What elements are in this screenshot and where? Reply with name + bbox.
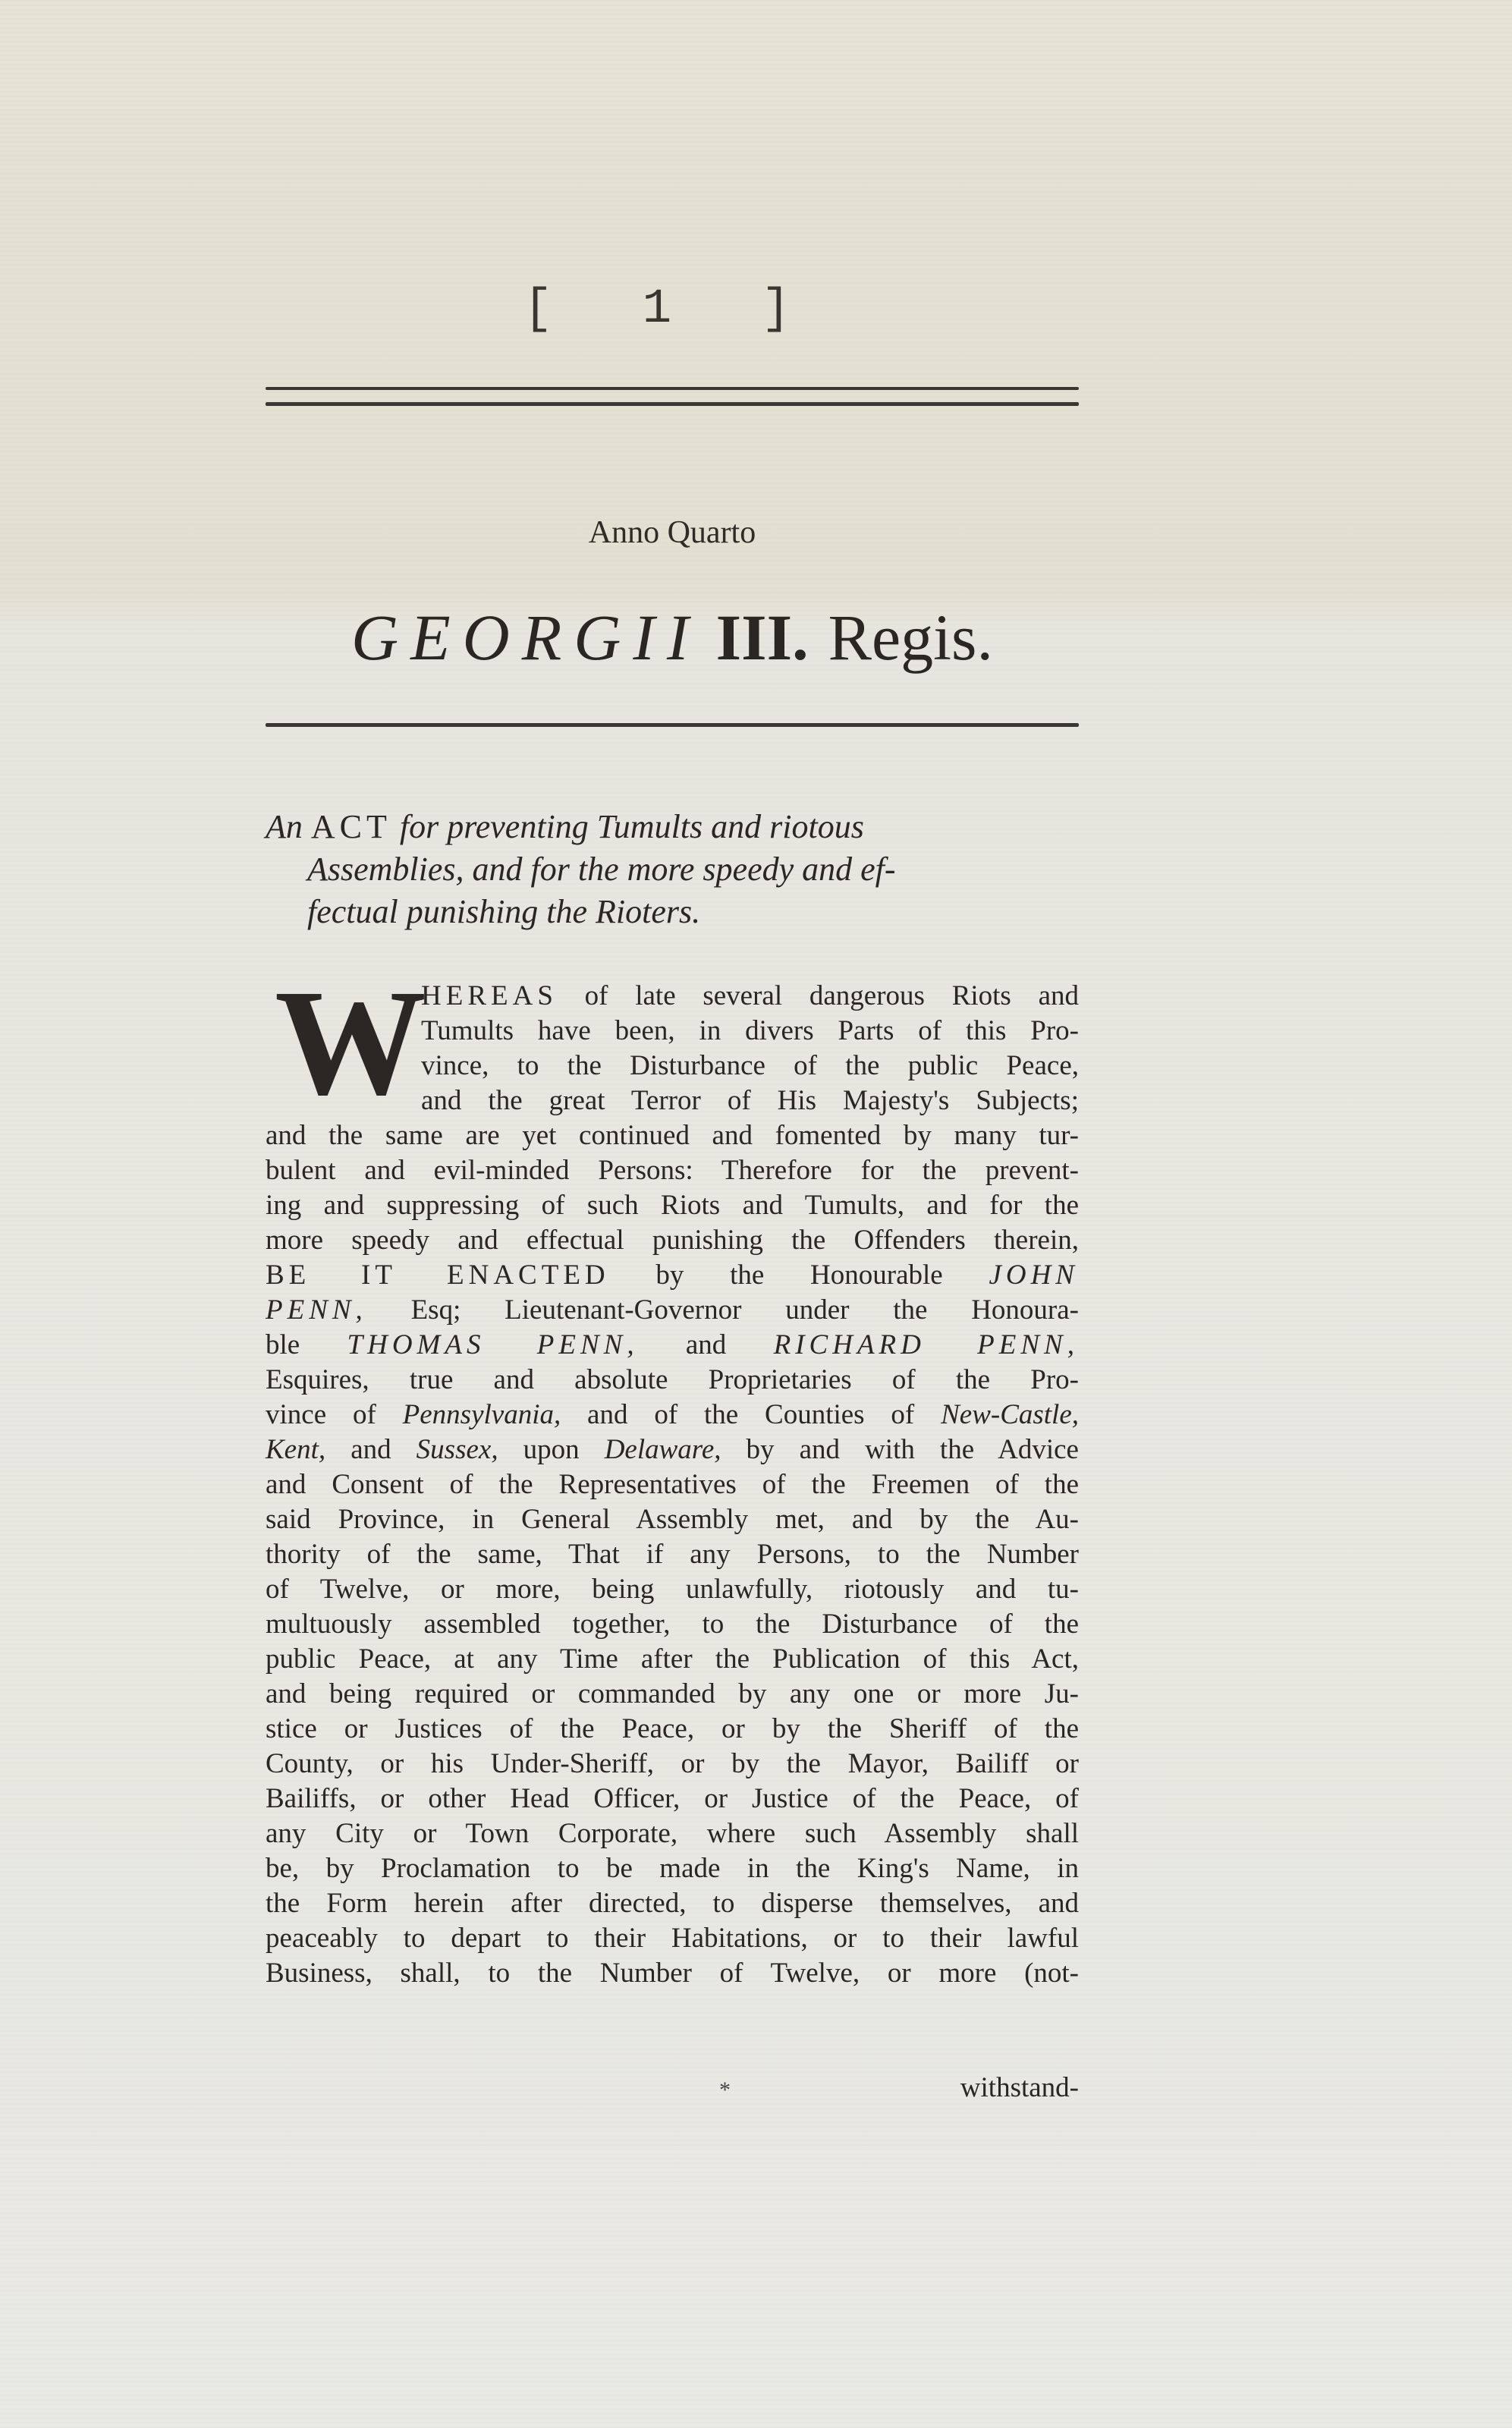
body-line: Esquires, true and absolute Proprietarie… <box>266 1363 1079 1398</box>
body-text-run: of late several dangerous Riots and <box>558 980 1079 1011</box>
body-text-run: Esquires, true and absolute Proprietarie… <box>266 1364 1079 1395</box>
act-title-line-2: Assemblies, and for the more speedy and … <box>266 848 1079 891</box>
body-text-run: ble <box>266 1329 347 1360</box>
body-line: Tumults have been, in divers Parts of th… <box>266 1014 1079 1049</box>
body-text-run: thority of the same, That if any Persons… <box>266 1539 1079 1570</box>
reign-heading: GEORGIIIII.Regis. <box>266 599 1079 675</box>
body-text-run: vince of <box>266 1399 403 1430</box>
body-text-run: Tumults have been, in divers Parts of th… <box>421 1015 1079 1046</box>
body-text-run: and <box>639 1329 774 1360</box>
body-text-run: and Consent of the Representatives of th… <box>266 1469 1079 1500</box>
body-text-run: BE IT ENACTED <box>266 1260 610 1291</box>
body-text-run: said Province, in General Assembly met, … <box>266 1504 1079 1535</box>
body-line: Business, shall, to the Number of Twelve… <box>266 1956 1079 1991</box>
body-text-run: public Peace, at any Time after the Publ… <box>266 1643 1079 1675</box>
body-text-run: multuously assembled together, to the Di… <box>266 1609 1079 1640</box>
body-line: and Consent of the Representatives of th… <box>266 1467 1079 1502</box>
body-line: thority of the same, That if any Persons… <box>266 1537 1079 1572</box>
body-text-run: stice or Justices of the Peace, or by th… <box>266 1713 1079 1744</box>
body-text-run: peaceably to depart to their Habitations… <box>266 1923 1079 1954</box>
act-title-act: ACT <box>311 808 391 845</box>
body-text-run: upon <box>498 1434 605 1465</box>
body-line: BE IT ENACTED by the Honourable JOHN <box>266 1258 1079 1293</box>
act-title-prefix: An <box>266 808 303 845</box>
regnal-year-label: Anno Quarto <box>266 514 1079 551</box>
body-text-run: bulent and evil-minded Persons: Therefor… <box>266 1155 1079 1186</box>
body-text-run: HEREAS <box>421 980 558 1011</box>
act-title-rest: for preventing Tumults and riotous <box>400 808 864 845</box>
body-text-run: vince, to the Disturbance of the public … <box>421 1050 1079 1081</box>
body-line: and the great Terror of His Majesty's Su… <box>266 1083 1079 1118</box>
body-line: and the same are yet continued and fomen… <box>266 1118 1079 1153</box>
act-title-line-3: fectual punishing the Rioters. <box>266 891 1079 933</box>
body-text-run: of Twelve, or more, being unlawfully, ri… <box>266 1574 1079 1605</box>
body-line: more speedy and effectual punishing the … <box>266 1223 1079 1258</box>
body-line: vince of Pennsylvania, and of the Counti… <box>266 1398 1079 1433</box>
body-line: PENN, Esq; Lieutenant-Governor under the… <box>266 1293 1079 1328</box>
act-body-text: HEREAS of late several dangerous Riots a… <box>266 979 1079 1991</box>
body-line: of Twelve, or more, being unlawfully, ri… <box>266 1572 1079 1607</box>
body-text-run: Sussex, <box>417 1434 498 1465</box>
body-text-run: Delaware, <box>605 1434 721 1465</box>
body-text-run: PENN, <box>266 1294 367 1326</box>
page-number: [ 1 ] <box>266 282 1079 337</box>
act-title: An ACT for preventing Tumults and riotou… <box>266 806 1079 933</box>
body-text-run: Bailiffs, or other Head Officer, or Just… <box>266 1783 1079 1814</box>
body-text-run: and of the Counties of <box>561 1399 941 1430</box>
body-line: multuously assembled together, to the Di… <box>266 1607 1079 1642</box>
double-rule-top <box>266 387 1079 390</box>
body-line: public Peace, at any Time after the Publ… <box>266 1642 1079 1677</box>
body-line: vince, to the Disturbance of the public … <box>266 1049 1079 1083</box>
body-text-run: and being required or commanded by any o… <box>266 1678 1079 1709</box>
body-text-run: the Form herein after directed, to dispe… <box>266 1888 1079 1919</box>
body-text-run: ing and suppressing of such Riots and Tu… <box>266 1190 1079 1221</box>
body-text-run: any City or Town Corporate, where such A… <box>266 1818 1079 1849</box>
body-text-run: Esq; Lieutenant-Governor under the Honou… <box>367 1294 1079 1326</box>
body-line: peaceably to depart to their Habitations… <box>266 1921 1079 1956</box>
body-text-run: Pennsylvania, <box>403 1399 561 1430</box>
body-text-run: THOMAS PENN, <box>347 1329 639 1360</box>
reign-numeral: III. <box>716 601 809 674</box>
body-text-run: RICHARD PENN, <box>774 1329 1079 1360</box>
body-text-run: County, or his Under-Sheriff, or by the … <box>266 1748 1079 1779</box>
body-text-run: and the great Terror of His Majesty's Su… <box>421 1085 1079 1116</box>
body-text-run: JOHN <box>989 1260 1079 1291</box>
section-rule <box>266 723 1079 727</box>
body-line: Kent, and Sussex, upon Delaware, by and … <box>266 1433 1079 1467</box>
body-text-run: and the same are yet continued and fomen… <box>266 1120 1079 1151</box>
body-line: ble THOMAS PENN, and RICHARD PENN, <box>266 1328 1079 1363</box>
body-line: County, or his Under-Sheriff, or by the … <box>266 1747 1079 1782</box>
catchword: withstand- <box>960 2071 1079 2104</box>
signature-mark: * <box>719 2077 731 2103</box>
body-text-run: New-Castle, <box>941 1399 1079 1430</box>
body-line: stice or Justices of the Peace, or by th… <box>266 1712 1079 1747</box>
body-line: said Province, in General Assembly met, … <box>266 1502 1079 1537</box>
body-line: HEREAS of late several dangerous Riots a… <box>266 979 1079 1014</box>
reign-king: GEORGII <box>351 601 701 674</box>
act-title-line-1: An ACT for preventing Tumults and riotou… <box>266 806 1079 848</box>
body-text-run: and <box>325 1434 417 1465</box>
body-text-run: more speedy and effectual punishing the … <box>266 1225 1079 1256</box>
body-line: be, by Proclamation to be made in the Ki… <box>266 1851 1079 1886</box>
body-line: the Form herein after directed, to dispe… <box>266 1886 1079 1921</box>
body-text-run: Kent, <box>266 1434 325 1465</box>
body-text-run: be, by Proclamation to be made in the Ki… <box>266 1853 1079 1884</box>
body-text-run: by and with the Advice <box>721 1434 1079 1465</box>
double-rule-bottom <box>266 402 1079 406</box>
body-line: ing and suppressing of such Riots and Tu… <box>266 1188 1079 1223</box>
body-text-run: Business, shall, to the Number of Twelve… <box>266 1958 1079 1989</box>
body-line: and being required or commanded by any o… <box>266 1677 1079 1712</box>
body-line: Bailiffs, or other Head Officer, or Just… <box>266 1782 1079 1816</box>
body-line: bulent and evil-minded Persons: Therefor… <box>266 1153 1079 1188</box>
body-line: any City or Town Corporate, where such A… <box>266 1816 1079 1851</box>
body-text-run: by the Honourable <box>610 1260 989 1291</box>
reign-regis: Regis. <box>828 601 993 674</box>
